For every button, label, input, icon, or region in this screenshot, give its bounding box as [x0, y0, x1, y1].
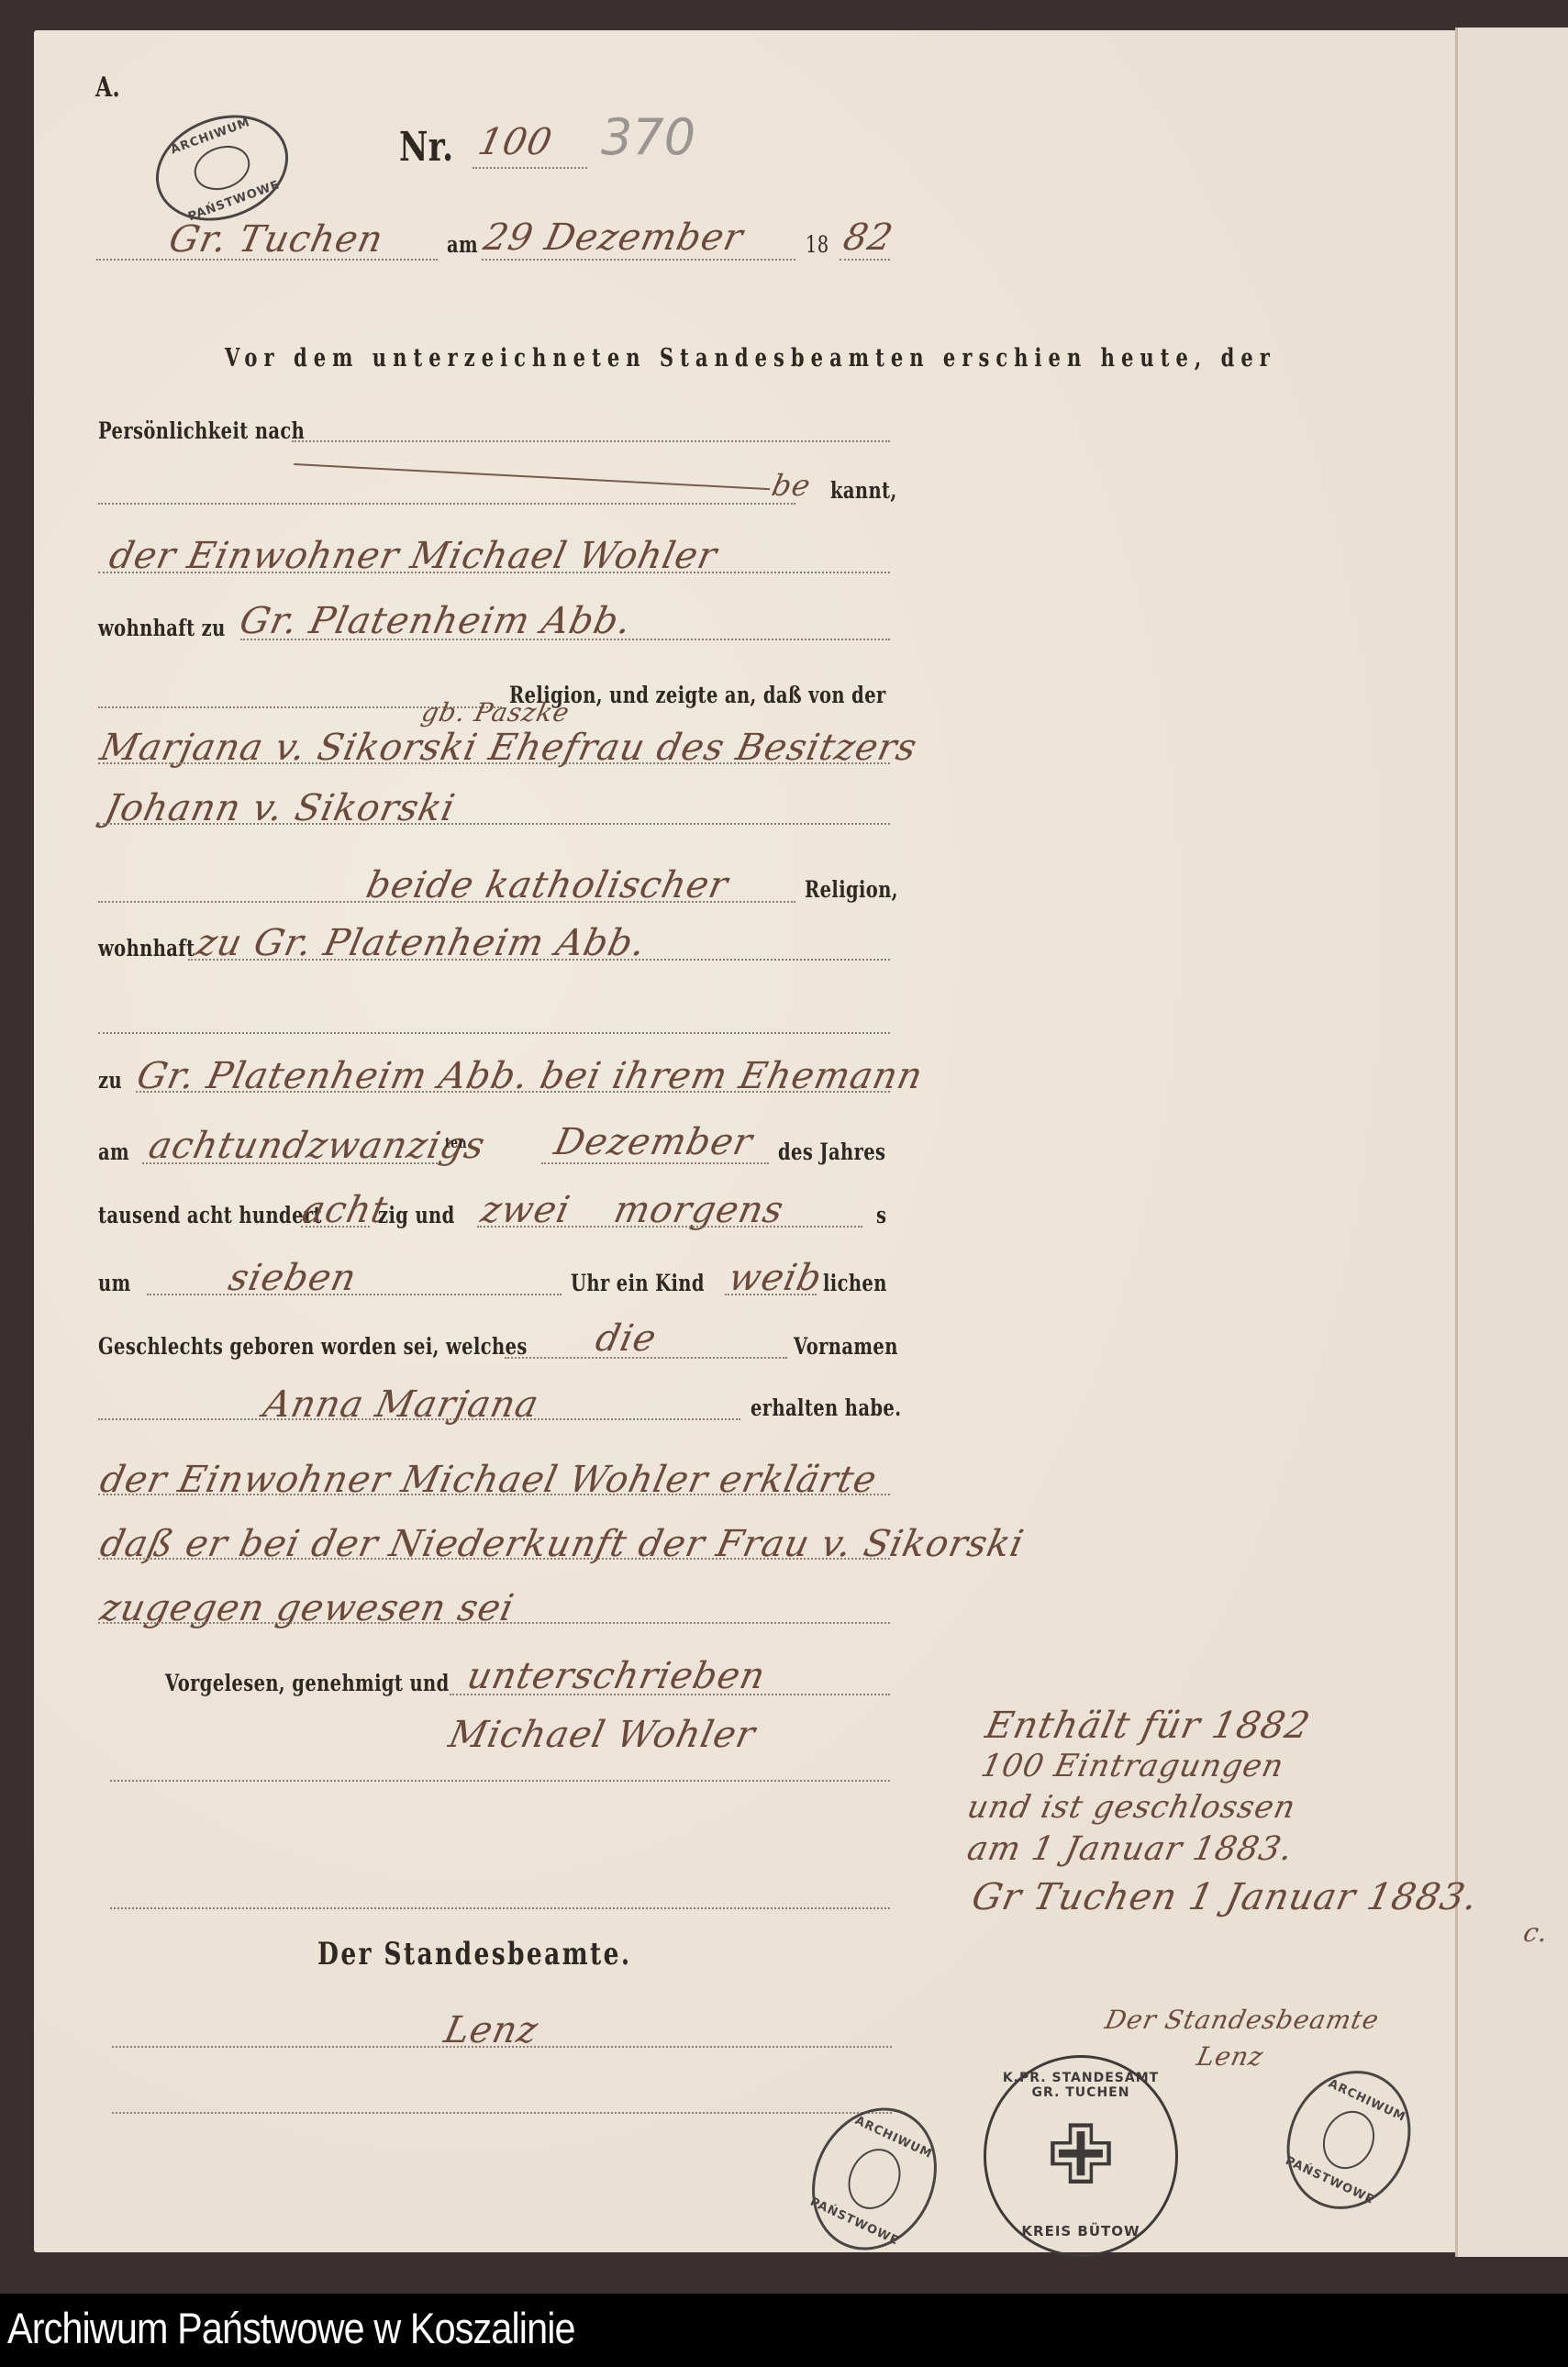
registrar-title: Der Standesbeamte. [317, 1936, 631, 1973]
informant-line [98, 572, 890, 573]
day-label: am [98, 1139, 129, 1165]
declaration-line-2-rule [98, 1558, 890, 1560]
form-letter: A. [95, 72, 120, 104]
thousand-label: tausend acht hundert [98, 1202, 322, 1228]
bottom-line [112, 2112, 892, 2114]
year-suffix: 82 [840, 217, 897, 259]
registry-office-seal: K.PR. STANDESAMT GR. TUCHEN ✙ KREIS BÜTO… [984, 2055, 1178, 2257]
parents-residence-label: wohnhaft [98, 935, 195, 961]
birth-month: Dezember [550, 1121, 757, 1163]
known-line [98, 503, 795, 505]
registry-date: 29 Dezember [480, 217, 747, 259]
closing-signer: Lenz [1194, 2041, 1266, 2072]
registry-place: Gr. Tuchen [165, 218, 387, 261]
mother-line [98, 762, 890, 764]
closing-signer-title: Der Standesbeamte [1102, 2005, 1382, 2035]
number-line [473, 167, 587, 169]
closing-line-3: und ist geschlossen [964, 1789, 1299, 1826]
child-label: Uhr ein Kind [571, 1270, 705, 1296]
sex-suffix: lichen [823, 1270, 887, 1296]
decade-line [301, 1226, 370, 1228]
birth-day: achtundzwanzigs [145, 1125, 489, 1167]
personality-line [292, 440, 890, 442]
residence-line [240, 639, 890, 640]
place-line [96, 259, 438, 261]
approval-line [450, 1694, 890, 1695]
date-prefix: am [447, 231, 478, 258]
article: die [592, 1317, 661, 1360]
time-suffix: s [876, 1202, 886, 1228]
pencil-number: 370 [601, 108, 695, 166]
declaration-line-1-rule [98, 1494, 890, 1495]
record-number: 100 [474, 121, 556, 163]
known-suffix: kannt, [830, 477, 897, 504]
date-line [482, 259, 795, 261]
blank-line [98, 1032, 890, 1034]
given-names-label: Vornamen [794, 1333, 898, 1360]
number-label: Nr. [399, 124, 453, 171]
received-label: erhalten habe. [751, 1395, 901, 1421]
birth-place-line [136, 1091, 890, 1093]
father-line [98, 823, 890, 825]
informant-residence: Gr. Platenheim Abb. [236, 600, 636, 642]
next-page-edge: c. [1458, 28, 1568, 2257]
closing-line-5: Gr Tuchen 1 Januar 1883. [968, 1876, 1482, 1918]
month-line [541, 1162, 769, 1164]
closing-line-4: am 1 Januar 1883. [964, 1830, 1297, 1868]
child-name-line [98, 1418, 740, 1420]
prussian-eagle-icon: ✙ [1046, 2115, 1115, 2197]
year-prefix: 18 [806, 231, 829, 258]
sex-line [725, 1294, 817, 1295]
next-page-fragment: c. [1520, 1917, 1551, 1948]
approval-hand: unterschrieben [463, 1655, 769, 1697]
maiden-name: gb. Paszke [418, 697, 573, 728]
year-label: des Jahres [778, 1139, 885, 1165]
parents-residence-line [188, 959, 890, 961]
day-suffix: ten [445, 1134, 467, 1151]
article-line [505, 1357, 787, 1359]
signature-line [110, 1780, 890, 1782]
hour-label: um [98, 1270, 131, 1296]
known-hand: be [769, 468, 814, 503]
intro-text: Vor dem unterzeichneten Standesbeamten e… [225, 344, 1276, 372]
birth-place-label: zu [98, 1067, 122, 1094]
religion-label: Religion, [805, 876, 898, 903]
gender-line: Geschlechts geboren worden sei, welches [98, 1333, 528, 1360]
approval-label: Vorgelesen, genehmigt und [165, 1670, 450, 1696]
informant-signature: Michael Wohler [445, 1714, 760, 1756]
declaration-line-3-rule [98, 1622, 890, 1624]
year-line [840, 259, 890, 261]
closing-line-2: 100 Eintragungen [978, 1748, 1287, 1784]
residence-label: wohnhaft zu [98, 615, 226, 641]
registrar-line [112, 2046, 892, 2048]
decade-suffix: zig und [378, 1202, 455, 1228]
personality-label: Persönlichkeit nach [98, 417, 305, 444]
unit-line [477, 1226, 862, 1228]
hour-line [147, 1294, 562, 1295]
closing-line-1: Enthält für 1882 [982, 1705, 1314, 1747]
archive-credit: Archiwum Państwowe w Koszalinie [7, 2303, 575, 2353]
page-gutter [1455, 28, 1458, 2257]
parents-religion-line [98, 901, 795, 903]
day-line [142, 1162, 438, 1164]
blank-line-2 [110, 1907, 890, 1909]
